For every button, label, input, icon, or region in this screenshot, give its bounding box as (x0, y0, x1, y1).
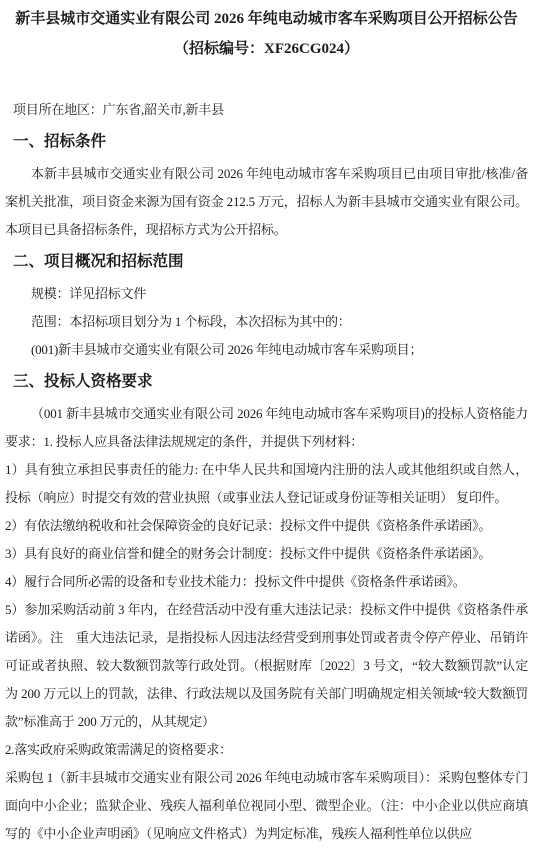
document-title-line-2: （招标编号：XF26CG024） (5, 34, 528, 64)
qualification-item-1: 1）具有独立承担民事责任的能力: 在中华人民共和国境内注册的法人或其他组织或自然… (5, 456, 528, 512)
section-3-heading: 三、投标人资格要求 (5, 367, 528, 397)
qualification-intro-paragraph: （001 新丰县城市交通实业有限公司 2026 年纯电动城市客车采购项目)的投标… (5, 400, 528, 456)
document-title: 新丰县城市交通实业有限公司 2026 年纯电动城市客车采购项目公开招标公告 （招… (5, 4, 528, 64)
qualification-item-4: 4）履行合同所必需的设备和专业技术能力：投标文件中提供《资格条件承诺函》。 (5, 568, 528, 596)
document-title-line-1: 新丰县城市交通实业有限公司 2026 年纯电动城市客车采购项目公开招标公告 (5, 4, 528, 34)
section-2-heading: 二、项目概况和招标范围 (5, 247, 528, 277)
bid-announcement-document: 新丰县城市交通实业有限公司 2026 年纯电动城市客车采购项目公开招标公告 （招… (0, 0, 552, 849)
qualification-item-3: 3）具有良好的商业信誉和健全的财务会计制度：投标文件中提供《资格条件承诺函》。 (5, 540, 528, 568)
policy-requirement-line: 2.落实政府采购政策需满足的资格要求： (5, 736, 528, 764)
section-1-heading: 一、招标条件 (5, 127, 528, 157)
project-location-line: 项目所在地区：广东省,韶关市,新丰县 (5, 96, 528, 124)
qualification-item-5: 5）参加采购活动前 3 年内，在经营活动中没有重大违法记录：投标文件中提供《资格… (5, 596, 528, 736)
qualification-item-2: 2）有依法缴纳税收和社会保障资金的良好记录：投标文件中提供《资格条件承诺函》。 (5, 512, 528, 540)
tender-conditions-paragraph: 本新丰县城市交通实业有限公司 2026 年纯电动城市客车采购项目已由项目审批/核… (5, 160, 528, 244)
scale-line: 规模：详见招标文件 (5, 280, 528, 308)
scope-line: 范围：本招标项目划分为 1 个标段，本次招标为其中的： (5, 308, 528, 336)
lot-001-line: (001)新丰县城市交通实业有限公司 2026 年纯电动城市客车采购项目； (5, 336, 528, 364)
procurement-package-paragraph: 采购包 1（新丰县城市交通实业有限公司 2026 年纯电动城市客车采购项目）：采… (5, 764, 528, 848)
